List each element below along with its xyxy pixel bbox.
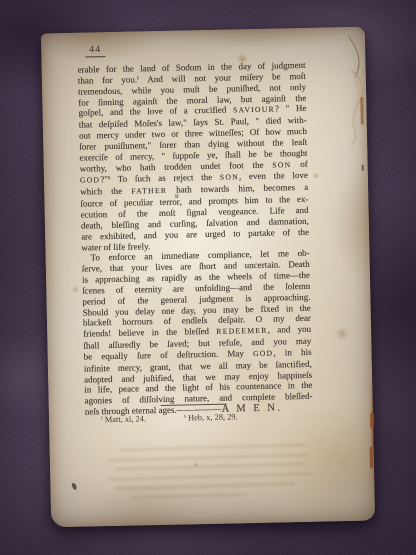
- book-page: 44 erable for the land of Sodom in the d…: [41, 27, 375, 528]
- page-number: 44: [85, 44, 105, 57]
- binding-thread-icon: [341, 30, 377, 146]
- footnote-1: rMatt, xi, 24.: [101, 414, 146, 424]
- footnote-1-text: Matt, xi, 24.: [105, 414, 146, 424]
- bleedthrough-text: [107, 443, 321, 511]
- rust-stain-line: [370, 372, 375, 497]
- ink-speck: [362, 165, 364, 171]
- footnote-2-text: Heb, x, 28, 29.: [188, 412, 238, 422]
- footnote-2: sHeb, x, 28, 29.: [184, 412, 238, 422]
- ink-speck: [71, 482, 77, 490]
- page-text: erable for the land of Sodom in the day …: [78, 60, 313, 419]
- footnote-1-marker: r: [101, 415, 103, 421]
- rust-stain: [360, 97, 364, 125]
- footnote-2-marker: s: [184, 413, 186, 419]
- velvet-background: 44 erable for the land of Sodom in the d…: [0, 0, 416, 555]
